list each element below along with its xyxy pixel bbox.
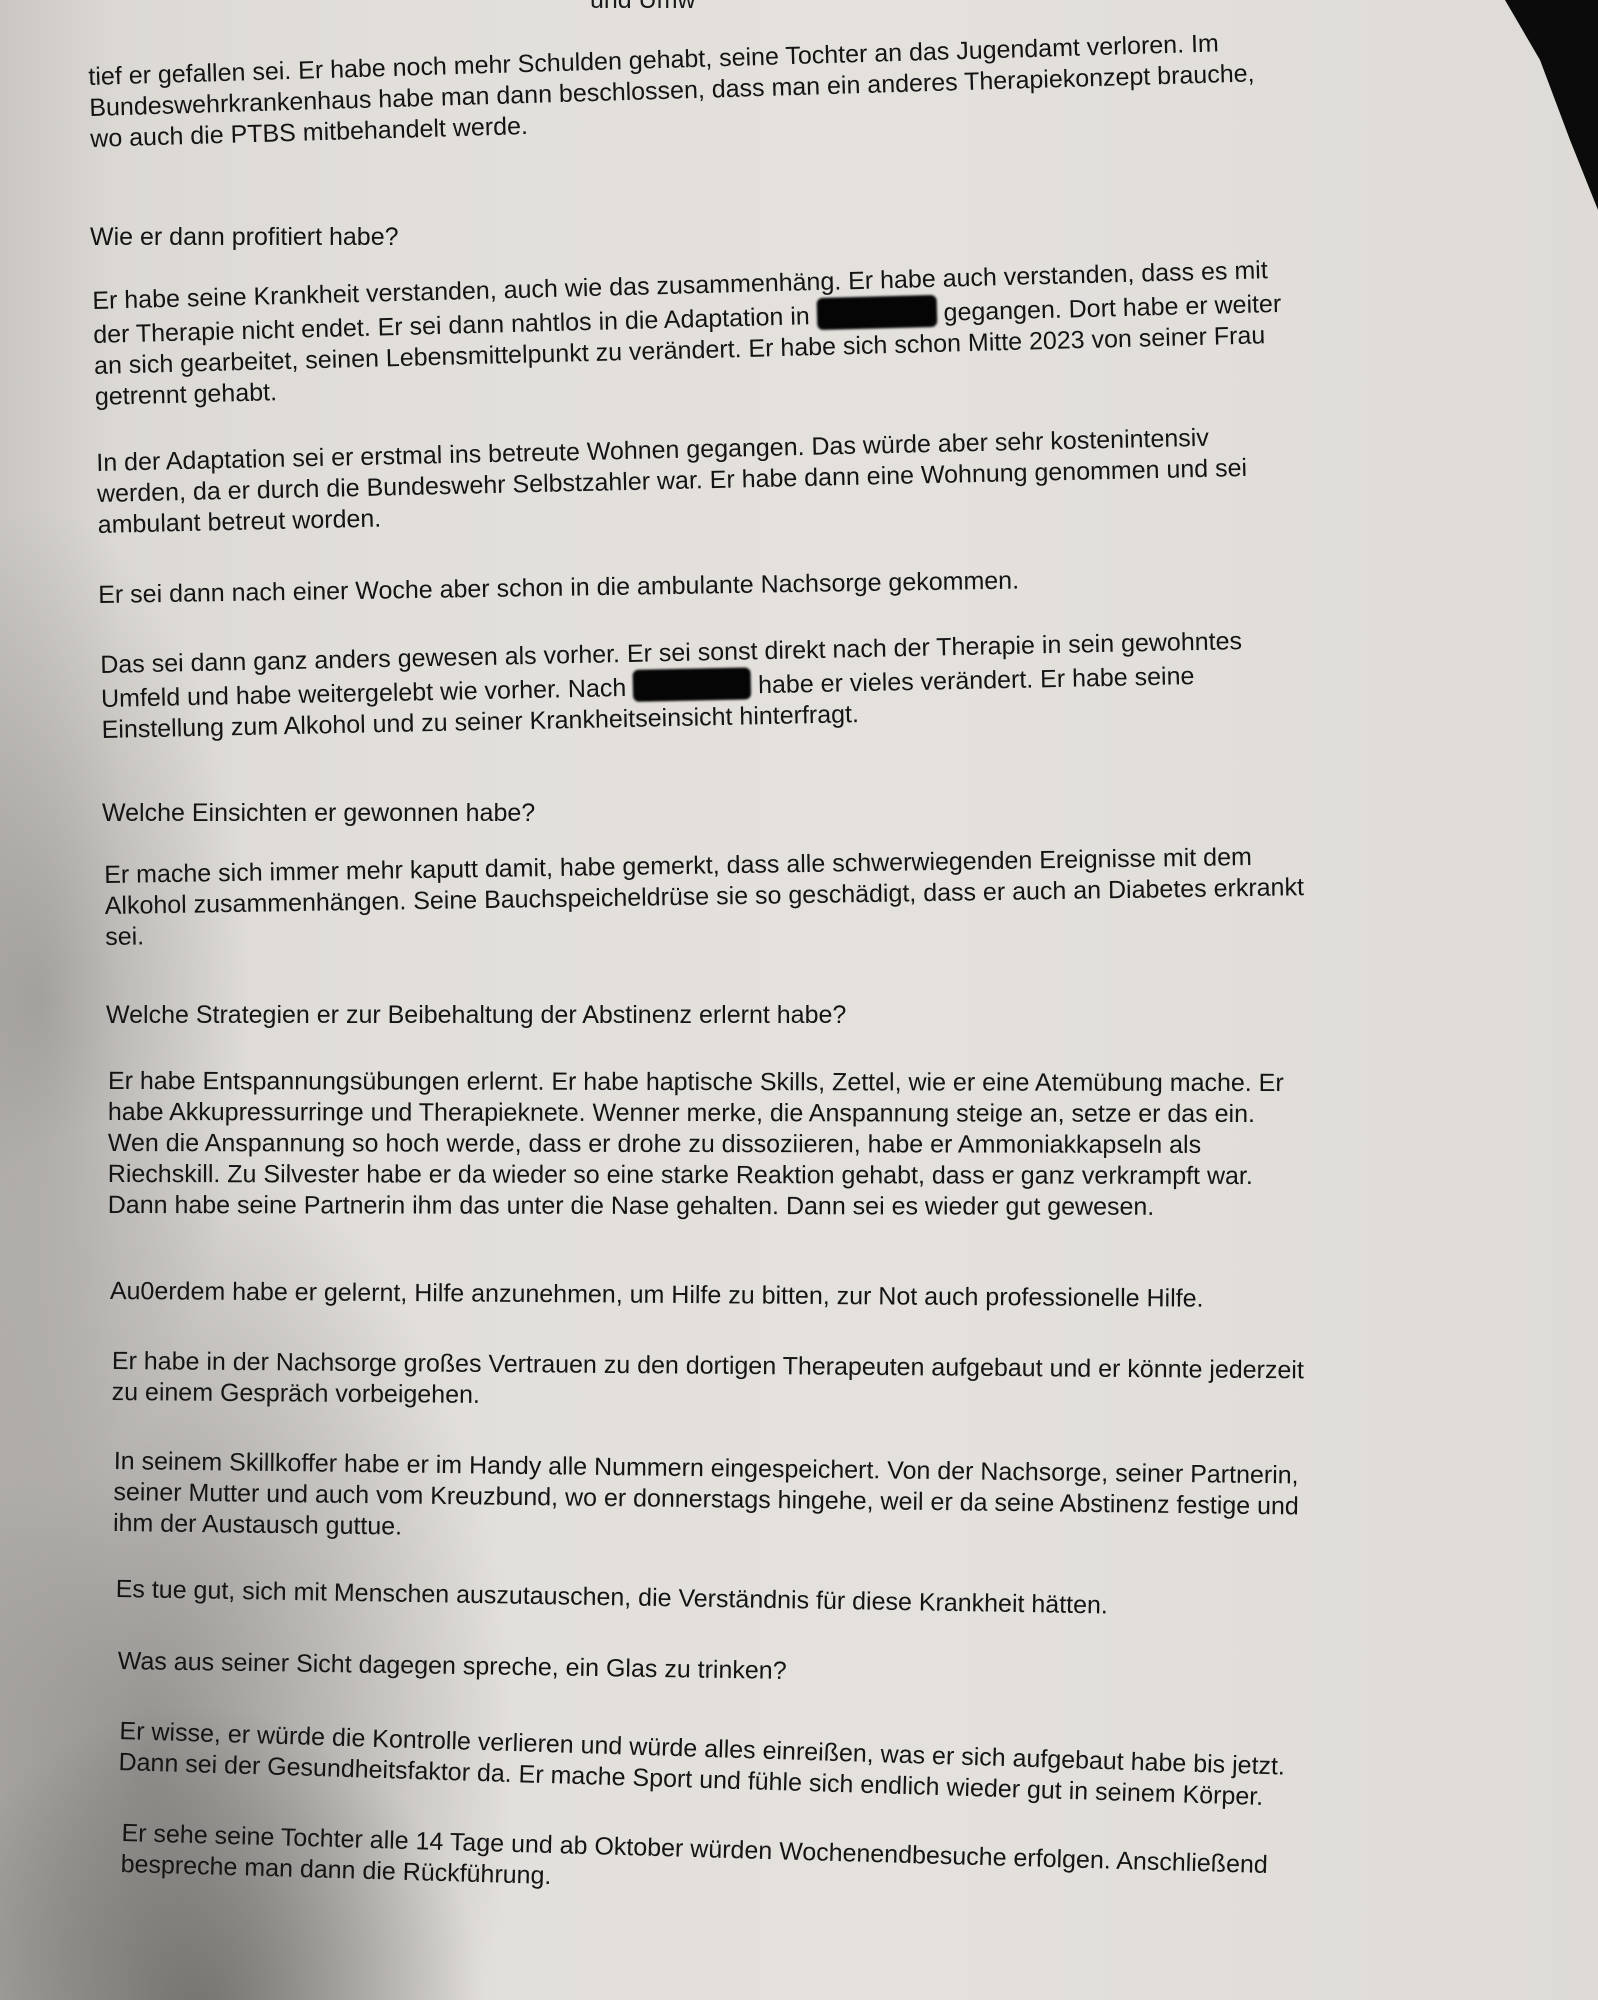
text-line: Dann habe seine Partnerin ihm das unter … — [108, 1190, 1284, 1223]
question-heading: Welche Einsichten er gewonnen habe? — [102, 798, 535, 829]
text-line: Er habe Entspannungsübungen erlernt. Er … — [108, 1066, 1284, 1099]
document-photo: und Umw tief er gefallen sei. Er habe no… — [0, 0, 1598, 2000]
paragraph: Er mache sich immer mehr kaputt damit, h… — [104, 841, 1305, 953]
paragraph: Er habe Entspannungsübungen erlernt. Er … — [108, 1066, 1284, 1223]
redaction-mark — [816, 295, 937, 330]
text-line: Riechskill. Zu Silvester habe er da wied… — [108, 1159, 1284, 1192]
text-line: Wen die Anspannung so hoch werde, dass e… — [108, 1128, 1284, 1161]
text-line: habe Akkupressurringe und Therapieknete.… — [108, 1097, 1284, 1130]
cut-off-text-top: und Umw — [590, 0, 696, 15]
text-line: Welche Einsichten er gewonnen habe? — [102, 798, 535, 829]
paragraph: In seinem Skillkoffer habe er im Handy a… — [113, 1446, 1300, 1553]
paragraph: Er habe in der Nachsorge großes Vertraue… — [112, 1346, 1304, 1417]
redaction-mark — [633, 667, 752, 701]
text-line: Welche Strategien er zur Beibehaltung de… — [106, 1000, 846, 1031]
question-heading: Welche Strategien er zur Beibehaltung de… — [106, 1000, 846, 1031]
text-line: Wie er dann profitiert habe? — [90, 222, 399, 253]
question-heading: Wie er dann profitiert habe? — [90, 222, 399, 253]
